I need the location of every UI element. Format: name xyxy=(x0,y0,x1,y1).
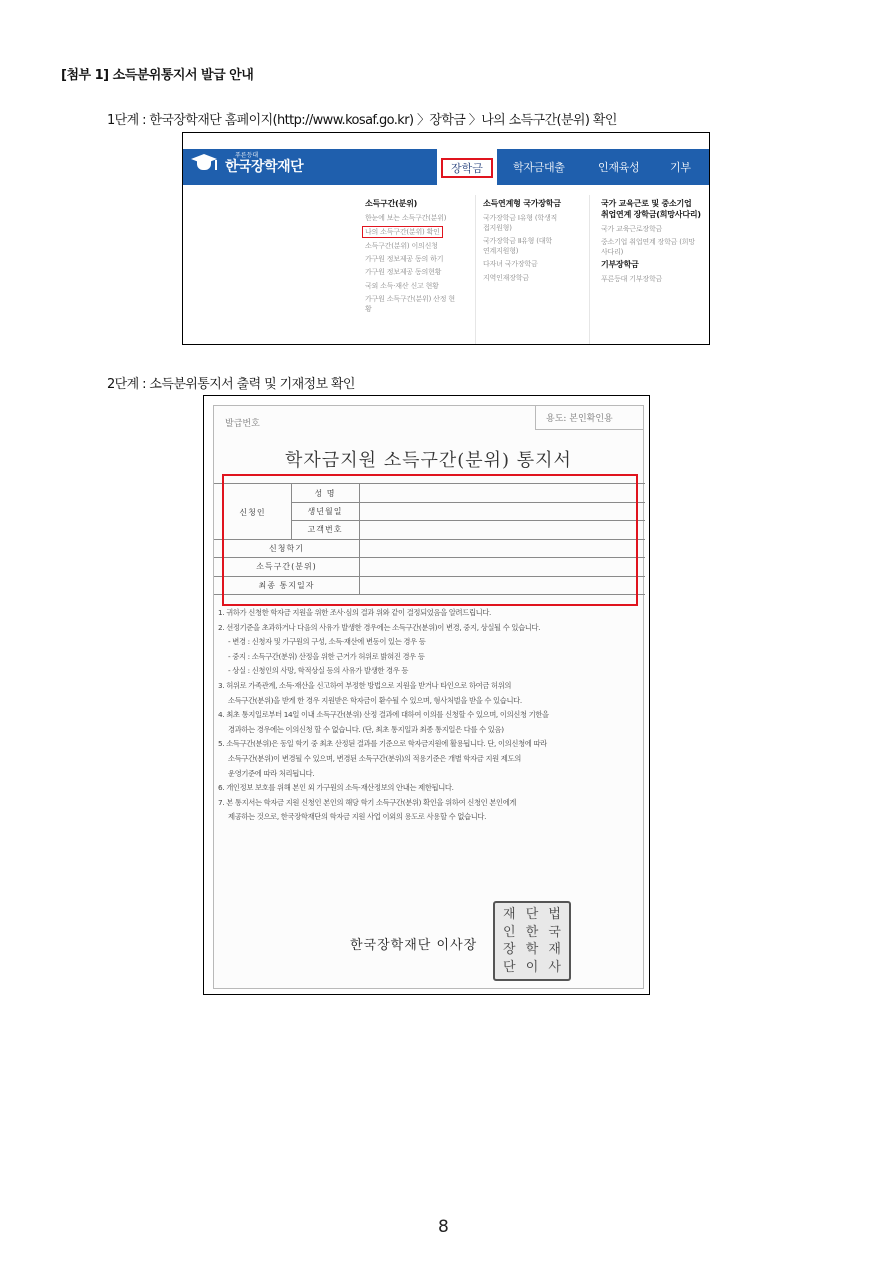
menu-talent-development[interactable]: 인재육성 xyxy=(598,159,639,175)
seal-char: 사 xyxy=(543,959,566,977)
submenu-national-scholarship: 소득연계형 국가장학금 국가장학금 Ⅰ유형 (학생직접지원형) 국가장학금 Ⅱ유… xyxy=(483,199,578,286)
income-bracket-notice-scan: 발급번호 용도: 본인확인용 학자금지원 소득구간(분위) 통지서 성 명 생년… xyxy=(203,395,650,995)
notice-note-line: 4. 최초 통지일로부터 14일 이내 소득구간(분위) 산정 결과에 대하여 … xyxy=(218,708,643,723)
submenu-item-my-income-bracket[interactable]: 나의 소득구간(분위) 확인 xyxy=(362,226,443,238)
notice-notes: 1. 귀하가 신청한 학자금 지원을 위한 조사·심의 결과 위와 같이 결정되… xyxy=(218,606,643,825)
notice-document: 발급번호 용도: 본인확인용 학자금지원 소득구간(분위) 통지서 성 명 생년… xyxy=(213,405,644,989)
official-seal-icon: 재단법인한국장학재단이사 xyxy=(493,901,571,981)
menu-student-loan[interactable]: 학자금대출 xyxy=(513,159,565,175)
page-heading: [첨부 1] 소득분위통지서 발급 안내 xyxy=(61,64,253,83)
notice-note-line: 3. 허위로 가족관계, 소득·재산을 신고하여 부정한 방법으로 지원을 받거… xyxy=(218,679,643,694)
menu-scholarship[interactable]: 장학금 xyxy=(441,158,493,178)
seal-char: 이 xyxy=(521,959,544,977)
seal-char: 국 xyxy=(543,924,566,942)
seal-char: 장 xyxy=(498,941,521,959)
seal-char: 인 xyxy=(498,924,521,942)
submenu-item[interactable]: 가구원 소득구간(분위) 산정 현황 xyxy=(365,294,460,314)
submenu-item[interactable]: 국가장학금 Ⅰ유형 (학생직접지원형) xyxy=(483,213,558,233)
graduation-cap-icon xyxy=(191,152,221,174)
column-divider xyxy=(475,195,476,345)
submenu-item[interactable]: 지역인재장학금 xyxy=(483,273,578,283)
submenu-item[interactable]: 다자녀 국가장학금 xyxy=(483,259,578,269)
seal-char: 법 xyxy=(543,906,566,924)
notice-title: 학자금지원 소득구간(분위) 통지서 xyxy=(214,446,643,472)
notice-note-line: 경과하는 경우에는 이의신청 할 수 없습니다. (단, 최초 통지일과 최종 … xyxy=(218,723,643,738)
submenu-title: 소득구간(분위) xyxy=(365,199,470,210)
step2-label: 2단계 : 소득분위통지서 출력 및 기재정보 확인 xyxy=(107,373,355,392)
seal-char: 학 xyxy=(521,941,544,959)
submenu-item[interactable]: 중소기업 취업연계 장학금 (희망사다리) xyxy=(601,237,701,257)
submenu-item[interactable]: 국외 소득·재산 신고 현황 xyxy=(365,281,470,291)
notice-note-line: - 변경 : 신청자 및 가구원의 구성, 소득·재산에 변동이 있는 경우 등 xyxy=(218,635,643,650)
submenu-title: 소득연계형 국가장학금 xyxy=(483,199,578,210)
notice-note-line: 5. 소득구간(분위)은 동일 학기 중 최초 산정된 결과를 기준으로 학자금… xyxy=(218,737,643,752)
seal-char: 단 xyxy=(498,959,521,977)
signature: 한국장학재단 이사장 xyxy=(350,934,477,953)
notice-note-line: 2. 선정기준을 초과하거나 다음의 사유가 발생한 경우에는 소득구간(분위)… xyxy=(218,621,643,636)
submenu-work-scholarship: 국가 교육근로 및 중소기업 취업연계 장학금(희망사다리) 국가 교육근로장학… xyxy=(601,199,701,287)
notice-note-line: 운영기준에 따라 처리됩니다. xyxy=(218,767,643,782)
submenu-item[interactable]: 가구원 정보제공 동의 하기 xyxy=(365,254,470,264)
submenu-item[interactable]: 소득구간(분위) 이의신청 xyxy=(365,241,470,251)
seal-char: 재 xyxy=(543,941,566,959)
submenu-item[interactable]: 푸른등대 기부장학금 xyxy=(601,274,701,284)
submenu-item[interactable]: 한눈에 보는 소득구간(분위) xyxy=(365,213,470,223)
seal-char: 재 xyxy=(498,906,521,924)
logo-name: 한국장학재단 xyxy=(225,160,303,174)
highlight-box xyxy=(222,474,638,606)
seal-char: 한 xyxy=(521,924,544,942)
submenu-title: 기부장학금 xyxy=(601,260,701,271)
menu-donation[interactable]: 기부 xyxy=(670,159,691,175)
submenu-income-bracket: 소득구간(분위) 한눈에 보는 소득구간(분위) 나의 소득구간(분위) 확인 … xyxy=(365,199,470,317)
notice-note-line: 1. 귀하가 신청한 학자금 지원을 위한 조사·심의 결과 위와 같이 결정되… xyxy=(218,606,643,621)
kosaf-logo[interactable]: 푸른등대 한국장학재단 xyxy=(191,152,303,174)
usage-label: 용도: 본인확인용 xyxy=(535,406,643,430)
seal-char: 단 xyxy=(521,906,544,924)
notice-note-line: - 중지 : 소득구간(분위) 산정을 위한 근거가 허위로 밝혀진 경우 등 xyxy=(218,650,643,665)
submenu-item[interactable]: 국가 교육근로장학금 xyxy=(601,224,701,234)
notice-note-line: 6. 개인정보 보호를 위해 본인 외 가구원의 소득·재산정보의 안내는 제한… xyxy=(218,781,643,796)
website-screenshot: 푸른등대 한국장학재단 장학금 학자금대출 인재육성 기부 소득구간(분위) 한… xyxy=(182,132,710,345)
issue-number-label: 발급번호 xyxy=(225,416,260,429)
submenu-item[interactable]: 가구원 정보제공 동의현황 xyxy=(365,267,470,277)
notice-note-line: - 상실 : 신청인의 사망, 학적상실 등의 사유가 발생한 경우 등 xyxy=(218,664,643,679)
submenu-item[interactable]: 국가장학금 Ⅱ유형 (대학연계지원형) xyxy=(483,236,558,256)
column-divider xyxy=(589,195,590,345)
notice-note-line: 소득구간(분위)이 변경될 수 있으며, 변경된 소득구간(분위)의 적용기준은… xyxy=(218,752,643,767)
notice-note-line: 제공하는 것으로, 한국장학재단의 학자금 지원 사업 이외의 용도로 사용할 … xyxy=(218,810,643,825)
notice-note-line: 7. 본 통지서는 학자금 지원 신청인 본인의 해당 학기 소득구간(분위) … xyxy=(218,796,643,811)
page-number: 8 xyxy=(438,1217,449,1237)
submenu-title: 국가 교육근로 및 중소기업 취업연계 장학금(희망사다리) xyxy=(601,199,701,221)
step1-label: 1단계 : 한국장학재단 홈페이지(http://www.kosaf.go.kr… xyxy=(107,109,617,128)
logo-small-text: 푸른등대 xyxy=(235,153,303,159)
notice-note-line: 소득구간(분위)을 받게 한 경우 지원받은 학자금이 환수될 수 있으며, 형… xyxy=(218,694,643,709)
